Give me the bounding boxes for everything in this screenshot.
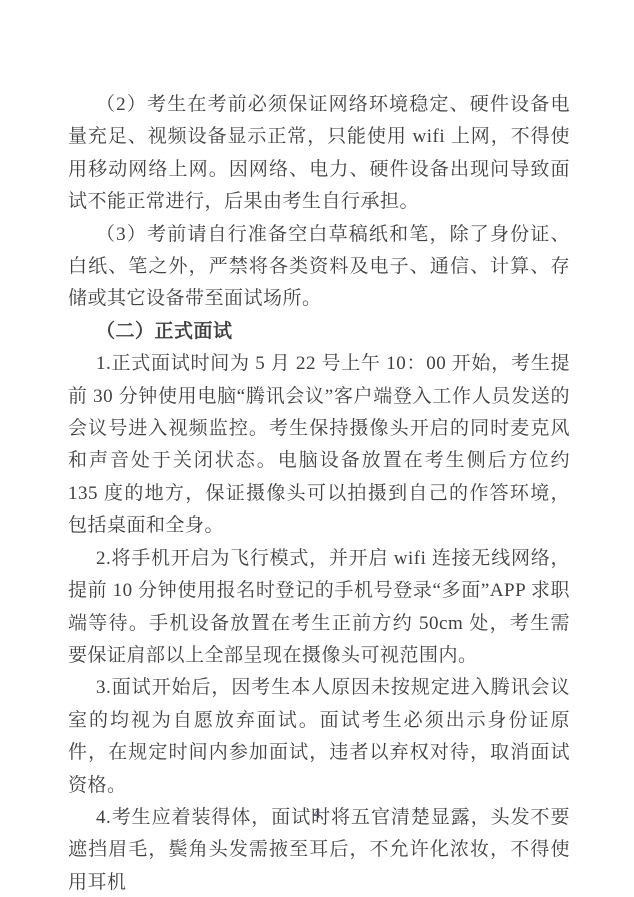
section-heading: （二）正式面试 [68,316,570,348]
document-page: （2）考生在考前必须保证网络环境稳定、硬件设备电量充足、视频设备显示正常，只能使… [0,0,634,897]
paragraph: 3.面试开始后，因考生本人原因未按规定进入腾讯会议室的均视为自愿放弃面试。面试考… [68,672,570,802]
paragraph: （3）考前请自行准备空白草稿纸和笔，除了身份证、白纸、笔之外，严禁将各类资料及电… [68,219,570,316]
paragraph: 1.正式面试时间为 5 月 22 号上午 10：00 开始，考生提前 30 分钟… [68,348,570,542]
page-number: 4 [0,806,634,823]
document-body: （2）考生在考前必须保证网络环境稳定、硬件设备电量充足、视频设备显示正常，只能使… [68,89,570,897]
paragraph: 2.将手机开启为飞行模式，并开启 wifi 连接无线网络，提前 10 分钟使用报… [68,543,570,673]
paragraph: （2）考生在考前必须保证网络环境稳定、硬件设备电量充足、视频设备显示正常，只能使… [68,89,570,219]
